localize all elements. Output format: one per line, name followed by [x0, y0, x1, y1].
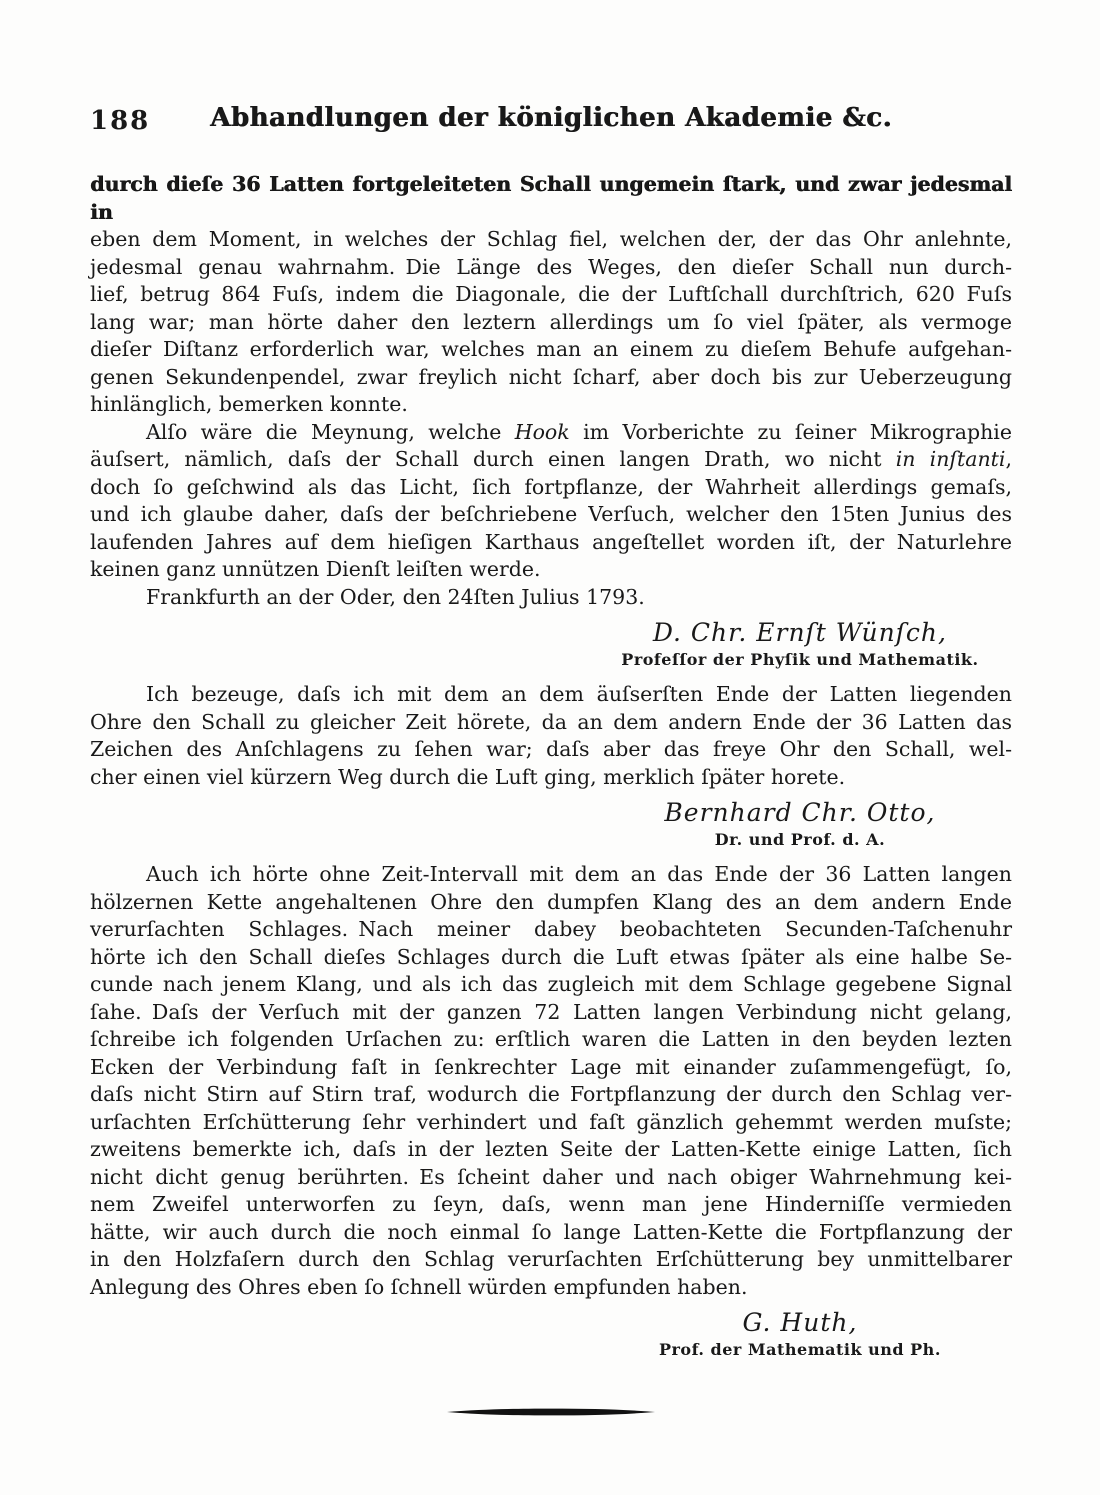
- italic-text: Hook: [515, 420, 570, 444]
- text: verurſachten Schlages. Nach meiner dabey…: [90, 917, 1012, 941]
- signature-block: Bernhard Chr. Otto,Dr. und Prof. d. A.: [90, 797, 1012, 851]
- text-line: genen Sekundenpendel, zwar freylich nich…: [90, 364, 1012, 392]
- text-line: hölzernen Kette angehaltenen Ohre den du…: [90, 889, 1012, 917]
- text-line: Ecken der Verbindung faſt in ſenkrechter…: [90, 1054, 1012, 1082]
- end-rule: [90, 1407, 1012, 1435]
- text: urſachten Erſchütterung ſehr verhindert …: [90, 1110, 1012, 1134]
- text: ſchreibe ich folgenden Urſachen zu: erſt…: [90, 1027, 1012, 1051]
- text-line: Auch ich hörte ohne Zeit-Intervall mit d…: [90, 861, 1012, 889]
- text: lief, betrug 864 Fuſs, indem die Diagona…: [90, 282, 1012, 306]
- text-line: hörte ich den Schall dieſes Schlages dur…: [90, 944, 1012, 972]
- text-line: ſchreibe ich folgenden Urſachen zu: erſt…: [90, 1026, 1012, 1054]
- text-line: Anlegung des Ohres eben ſo ſchnell würde…: [90, 1274, 1012, 1302]
- text: genen Sekundenpendel, zwar freylich nich…: [90, 365, 1012, 389]
- text-line: Zeichen des Anſchlagens zu ſehen war; da…: [90, 736, 1012, 764]
- text: Alſo wäre die Meynung, welche: [146, 420, 515, 444]
- signature-name: G. Huth,: [588, 1307, 1012, 1338]
- signature-block: D. Chr. Ernſt Wünſch,Profeſſor der Phyſi…: [90, 617, 1012, 671]
- text: nem Zweifel unterworfen zu ſeyn, daſs, w…: [90, 1192, 1012, 1216]
- text: cunde nach jenem Klang, und als ich das …: [90, 972, 1012, 996]
- text: hörte ich den Schall dieſes Schlages dur…: [90, 945, 1012, 969]
- text: doch ſo geſchwind als das Licht, ſich fo…: [90, 475, 1012, 499]
- signature-name: D. Chr. Ernſt Wünſch,: [588, 617, 1012, 648]
- paragraph: Ich bezeuge, daſs ich mit dem an dem äuſ…: [90, 681, 1012, 791]
- text: zweitens bemerkte ich, daſs in der lezte…: [90, 1137, 1012, 1161]
- signature-title: Prof. der Mathematik und Ph.: [588, 1338, 1012, 1361]
- text-line: cunde nach jenem Klang, und als ich das …: [90, 971, 1012, 999]
- text: hinlänglich, bemerken konnte.: [90, 392, 408, 416]
- text: ,: [1005, 447, 1012, 471]
- text-line: Ich bezeuge, daſs ich mit dem an dem äuſ…: [90, 681, 1012, 709]
- text: eben dem Moment, in welches der Schlag f…: [90, 227, 1012, 251]
- text: Ecken der Verbindung faſt in ſenkrechter…: [90, 1055, 1012, 1079]
- text: Anlegung des Ohres eben ſo ſchnell würde…: [90, 1275, 748, 1299]
- text-line: lief, betrug 864 Fuſs, indem die Diagona…: [90, 281, 1012, 309]
- scanned-page: 188 Abhandlungen der königlichen Akademi…: [0, 0, 1100, 1495]
- text: hätte, wir auch durch die noch einmal ſo…: [90, 1220, 1012, 1244]
- text: dieſer Diſtanz erforderlich war, welches…: [90, 337, 1012, 361]
- text: cher einen viel kürzern Weg durch die Lu…: [90, 765, 845, 789]
- text-line: doch ſo geſchwind als das Licht, ſich fo…: [90, 474, 1012, 502]
- text: ſahe. Daſs der Verſuch mit der ganzen 72…: [90, 1000, 1012, 1024]
- text-line: nem Zweifel unterworfen zu ſeyn, daſs, w…: [90, 1191, 1012, 1219]
- text-line: urſachten Erſchütterung ſehr verhindert …: [90, 1109, 1012, 1137]
- text-line: äuſsert, nämlich, daſs der Schall durch …: [90, 446, 1012, 474]
- text: und ich glaube daher, daſs der beſchrieb…: [90, 502, 1012, 526]
- text: in den Holzfaſern durch den Schlag verur…: [90, 1247, 1012, 1271]
- text-line: hinlänglich, bemerken konnte.: [90, 391, 1012, 419]
- running-header: 188 Abhandlungen der königlichen Akademi…: [90, 103, 1012, 147]
- text: Ich bezeuge, daſs ich mit dem an dem äuſ…: [146, 682, 1012, 706]
- text: Auch ich hörte ohne Zeit-Intervall mit d…: [146, 862, 1012, 886]
- text-line: daſs nicht Stirn auf Stirn traf, wodurch…: [90, 1081, 1012, 1109]
- paragraph: Auch ich hörte ohne Zeit-Intervall mit d…: [90, 861, 1012, 1301]
- text: durch dieſe 36 Latten fortgeleiteten Sch…: [90, 172, 1012, 224]
- text: Zeichen des Anſchlagens zu ſehen war; da…: [90, 737, 1012, 761]
- paragraph: Alſo wäre die Meynung, welche Hook im Vo…: [90, 419, 1012, 584]
- text-line: jedesmal genau wahrnahm. Die Länge des W…: [90, 254, 1012, 282]
- text: jedesmal genau wahrnahm. Die Länge des W…: [90, 255, 1012, 279]
- text: laufenden Jahres auf dem hieſigen Kartha…: [90, 530, 1012, 554]
- tapered-rule-icon: [447, 1407, 655, 1417]
- text-line: eben dem Moment, in welches der Schlag f…: [90, 226, 1012, 254]
- signature-name: Bernhard Chr. Otto,: [588, 797, 1012, 828]
- signature-title: Profeſſor der Phyſik und Mathematik.: [588, 648, 1012, 671]
- page-body: durch dieſe 36 Latten fortgeleiteten Sch…: [90, 171, 1012, 1435]
- text-line: laufenden Jahres auf dem hieſigen Kartha…: [90, 529, 1012, 557]
- text: äuſsert, nämlich, daſs der Schall durch …: [90, 447, 896, 471]
- text-line: durch dieſe 36 Latten fortgeleiteten Sch…: [90, 171, 1012, 226]
- text-line: keinen ganz unnützen Dienſt leiſten werd…: [90, 556, 1012, 584]
- text-line: dieſer Diſtanz erforderlich war, welches…: [90, 336, 1012, 364]
- text-line: hätte, wir auch durch die noch einmal ſo…: [90, 1219, 1012, 1247]
- text: hölzernen Kette angehaltenen Ohre den du…: [90, 890, 1012, 914]
- text-line: zweitens bemerkte ich, daſs in der lezte…: [90, 1136, 1012, 1164]
- text: daſs nicht Stirn auf Stirn traf, wodurch…: [90, 1082, 1012, 1106]
- italic-text: in inſtanti: [896, 447, 1006, 471]
- text-line: cher einen viel kürzern Weg durch die Lu…: [90, 764, 1012, 792]
- text-line: in den Holzfaſern durch den Schlag verur…: [90, 1246, 1012, 1274]
- text-line: und ich glaube daher, daſs der beſchrieb…: [90, 501, 1012, 529]
- text-line: ſahe. Daſs der Verſuch mit der ganzen 72…: [90, 999, 1012, 1027]
- text: Ohre den Schall zu gleicher Zeit hörete,…: [90, 710, 1012, 734]
- page-number: 188: [90, 106, 150, 136]
- signature-block: G. Huth,Prof. der Mathematik und Ph.: [90, 1307, 1012, 1361]
- text: keinen ganz unnützen Dienſt leiſten werd…: [90, 557, 541, 581]
- text-line: Alſo wäre die Meynung, welche Hook im Vo…: [90, 419, 1012, 447]
- text: nicht dicht genug berührten. Es ſcheint …: [90, 1165, 1012, 1189]
- paragraph: durch dieſe 36 Latten fortgeleiteten Sch…: [90, 171, 1012, 419]
- text-line: nicht dicht genug berührten. Es ſcheint …: [90, 1164, 1012, 1192]
- text-line: Ohre den Schall zu gleicher Zeit hörete,…: [90, 709, 1012, 737]
- signature-title: Dr. und Prof. d. A.: [588, 828, 1012, 851]
- text-line: verurſachten Schlages. Nach meiner dabey…: [90, 916, 1012, 944]
- text: lang war; man hörte daher den leztern al…: [90, 310, 1012, 334]
- dateline: Frankfurth an der Oder, den 24ſten Juliu…: [90, 584, 1012, 612]
- text: im Vorberichte zu ſeiner Mikrographie: [570, 420, 1012, 444]
- running-title: Abhandlungen der königlichen Akademie &c…: [90, 103, 1012, 133]
- text-line: lang war; man hörte daher den leztern al…: [90, 309, 1012, 337]
